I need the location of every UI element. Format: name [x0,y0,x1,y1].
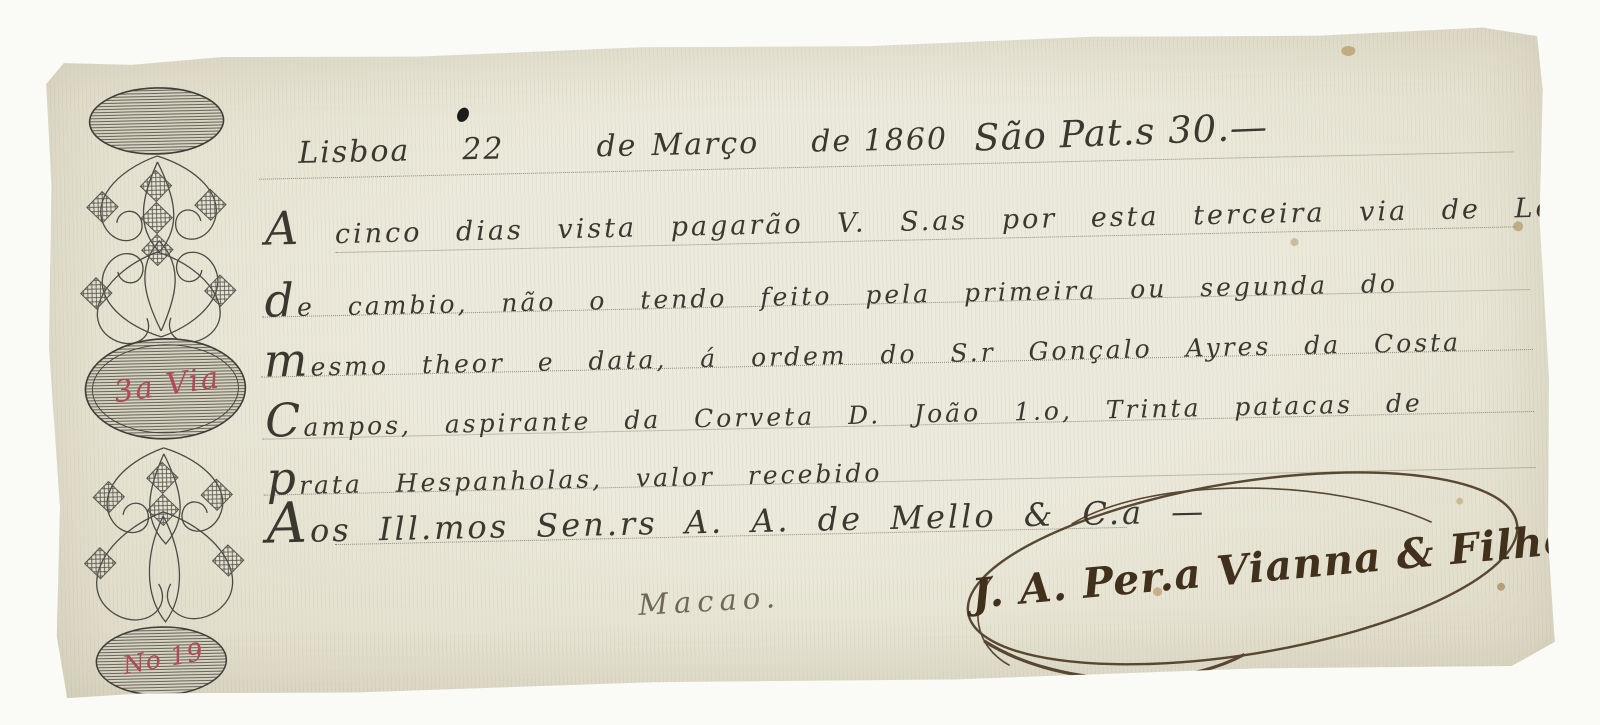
foxing-spot [1341,46,1355,56]
top-seal-oval [89,87,224,156]
document-paper: 3a Via No 19 Lisboa22deMarçode 1860São P… [41,26,1557,701]
amount-value: São Pat.s 30.— [973,105,1268,160]
place-macao: Macao. [637,580,781,622]
de-word: de [596,128,638,164]
ink-blot [455,106,472,124]
body-line-1: A cinco dias vista pagarão V. S.as por e… [264,176,1600,251]
date-line: Lisboa22deMarçode 1860São Pat.s 30.— [298,108,1269,172]
day-value: 22 [462,131,505,167]
place-lisboa: Lisboa [298,133,411,170]
body-line-3: mesmo theor e data, á ordem do S.r Gonça… [263,312,1461,384]
body-line-4: Campos, aspirante da Corveta D. João 1.o… [265,372,1423,443]
foxing-spot [1290,238,1298,246]
month-value: Março [651,126,760,163]
year-value: de 1860 [811,122,949,160]
flourish-upper [78,154,237,344]
foxing-spot [1513,221,1523,231]
flourish-lower [82,446,245,623]
signature-block: J. A. Per.a Vianna & Filhos [910,444,1535,687]
body-line-2: de cambio, não o tendo feito pela primei… [264,253,1398,324]
